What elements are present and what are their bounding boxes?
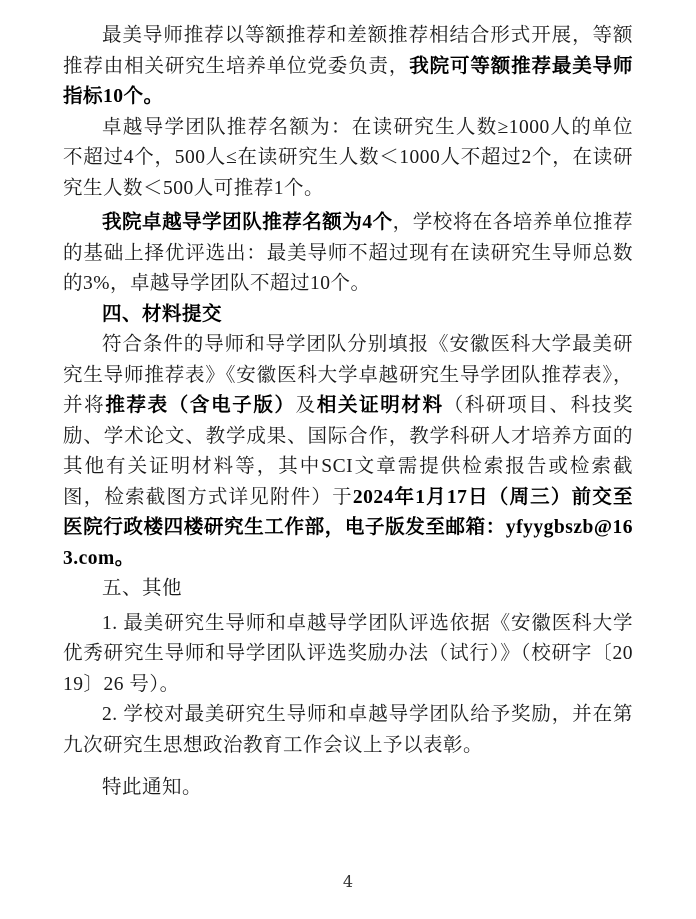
para-materials: 符合条件的导师和导学团队分别填报《安徽医科大学最美研究生导师推荐表》《安徽医科大… xyxy=(63,330,633,574)
heading-section-4: 四、材料提交 xyxy=(63,300,633,331)
para-team-quota-rules: 卓越导学团队推荐名额为：在读研究生人数≥1000人的单位不超过4个，500人≤在… xyxy=(63,113,633,205)
para-closing: 特此通知。 xyxy=(63,773,633,804)
para-recommend-form: 最美导师推荐以等额推荐和差额推荐相结合形式开展，等额推荐由相关研究生培养单位党委… xyxy=(63,21,633,113)
para-other-1: 1. 最美研究生导师和卓越导学团队评选依据《安徽医科大学优秀研究生导师和导学团队… xyxy=(63,609,633,701)
text-run: 2. 学校对最美研究生导师和卓越导学团队给予奖励，并在第九次研究生思想政治教育工… xyxy=(63,704,633,756)
para-quota: 我院卓越导学团队推荐名额为4个，学校将在各培养单位推荐的基础上择优评选出：最美导… xyxy=(63,208,633,300)
heading-section-5: 五、其他 xyxy=(63,574,633,605)
page-number: 4 xyxy=(343,872,353,891)
text-run: 五、其他 xyxy=(102,578,182,599)
text-run: 及 xyxy=(296,395,317,416)
document-page: 最美导师推荐以等额推荐和差额推荐相结合形式开展，等额推荐由相关研究生培养单位党委… xyxy=(0,0,696,919)
bold-text-run: 我院卓越导学团队推荐名额为4个 xyxy=(102,212,393,233)
text-run: 1. 最美研究生导师和卓越导学团队评选依据《安徽医科大学优秀研究生导师和导学团队… xyxy=(63,613,633,695)
bold-text-run: 推荐表（含电子版） xyxy=(105,395,295,416)
bold-text-run: 四、材料提交 xyxy=(102,304,222,325)
text-run: 特此通知。 xyxy=(102,777,202,798)
para-other-2: 2. 学校对最美研究生导师和卓越导学团队给予奖励，并在第九次研究生思想政治教育工… xyxy=(63,700,633,761)
page-footer: 4 xyxy=(0,872,696,892)
text-run: 卓越导学团队推荐名额为：在读研究生人数≥1000人的单位不超过4个，500人≤在… xyxy=(63,117,633,199)
document-body: 最美导师推荐以等额推荐和差额推荐相结合形式开展，等额推荐由相关研究生培养单位党委… xyxy=(63,21,633,804)
bold-text-run: 相关证明材料 xyxy=(317,395,444,416)
